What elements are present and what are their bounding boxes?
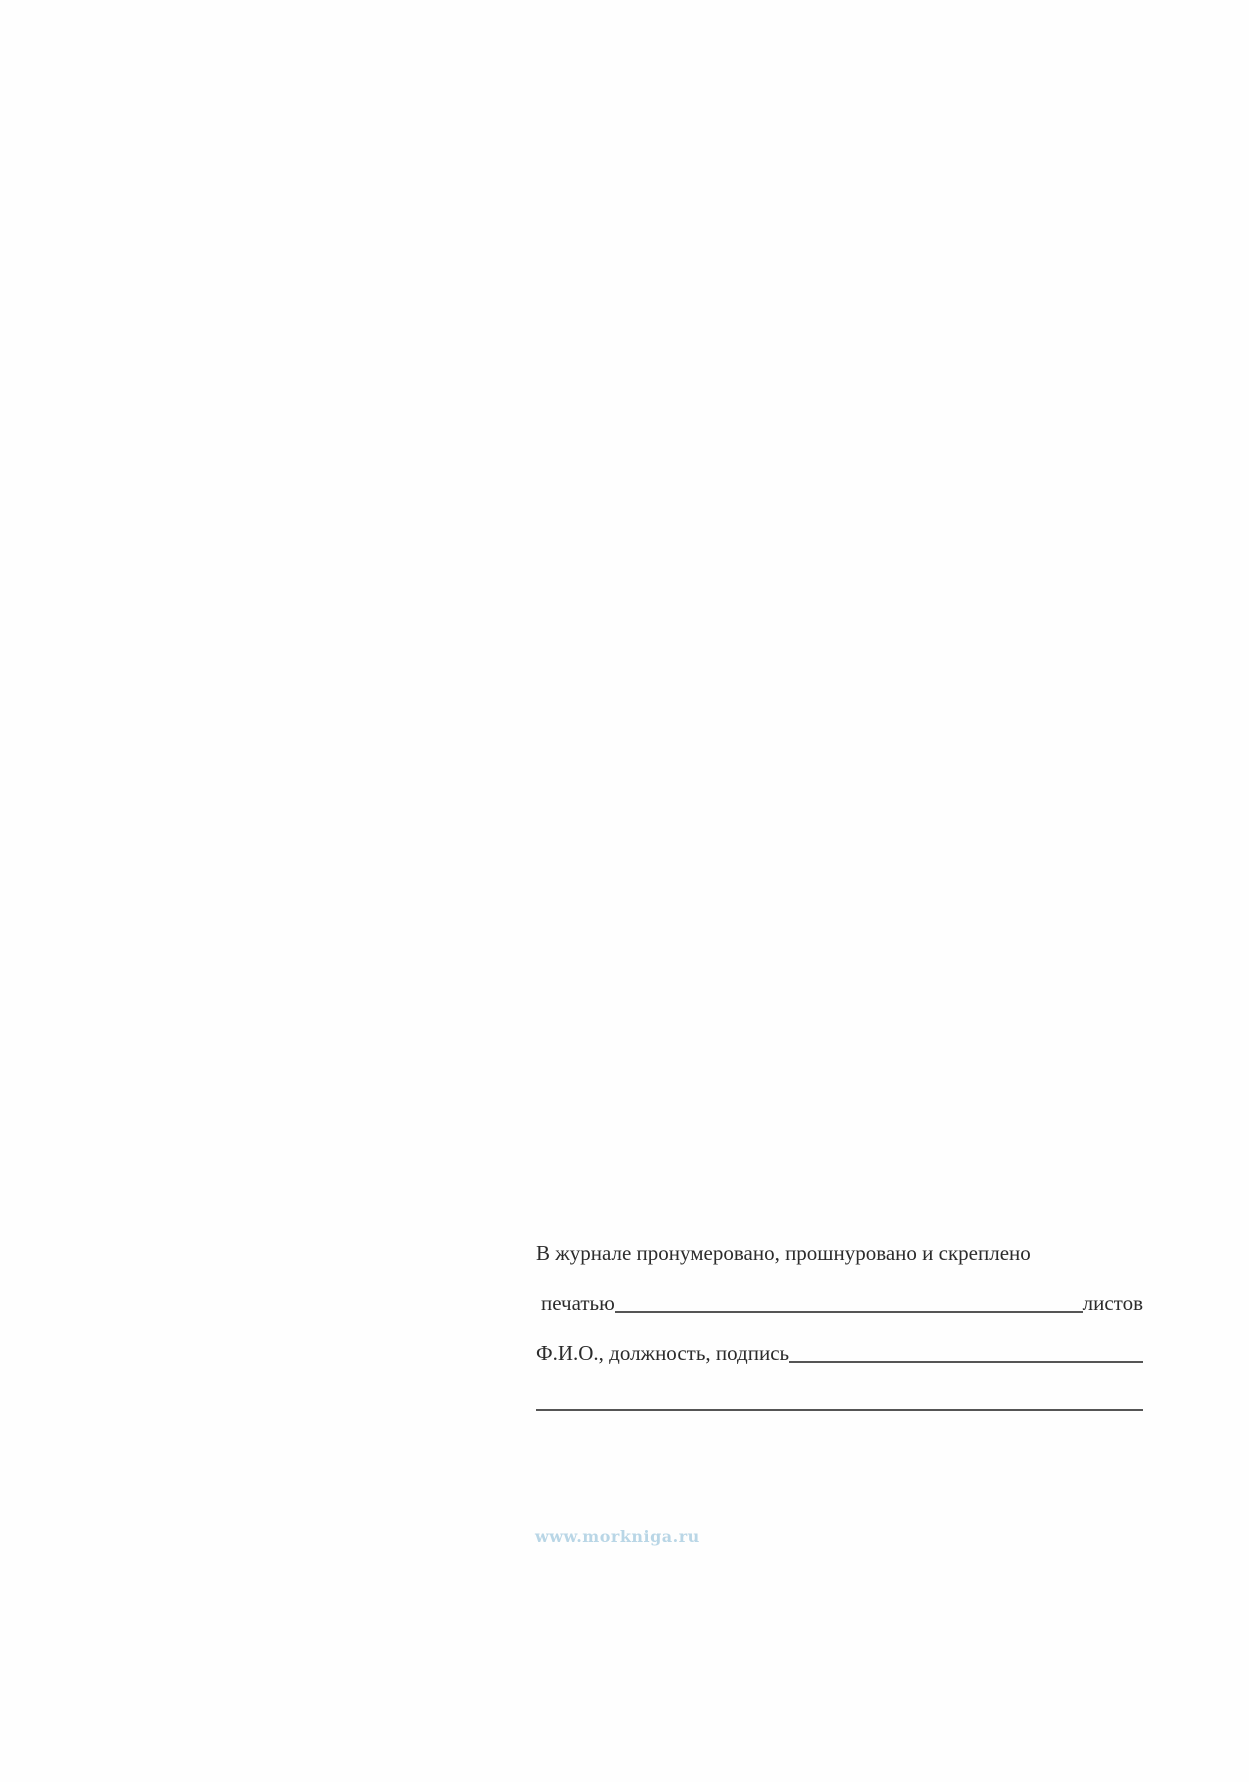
certification-block: В журнале пронумеровано, прошнуровано и … bbox=[536, 1240, 1143, 1411]
seal-label: печатью bbox=[541, 1290, 615, 1316]
sheets-label: листов bbox=[1083, 1290, 1143, 1316]
signature-blank bbox=[789, 1360, 1143, 1363]
watermark: www.morkniga.ru bbox=[535, 1527, 700, 1546]
extra-signature-blank bbox=[536, 1408, 1143, 1411]
signature-label: Ф.И.О., должность, подпись bbox=[536, 1340, 789, 1366]
sheet-count-blank bbox=[615, 1310, 1083, 1313]
certification-statement: В журнале пронумеровано, прошнуровано и … bbox=[536, 1240, 1143, 1266]
seal-sheets-row: печатью листов bbox=[536, 1290, 1143, 1316]
signature-row: Ф.И.О., должность, подпись bbox=[536, 1340, 1143, 1366]
